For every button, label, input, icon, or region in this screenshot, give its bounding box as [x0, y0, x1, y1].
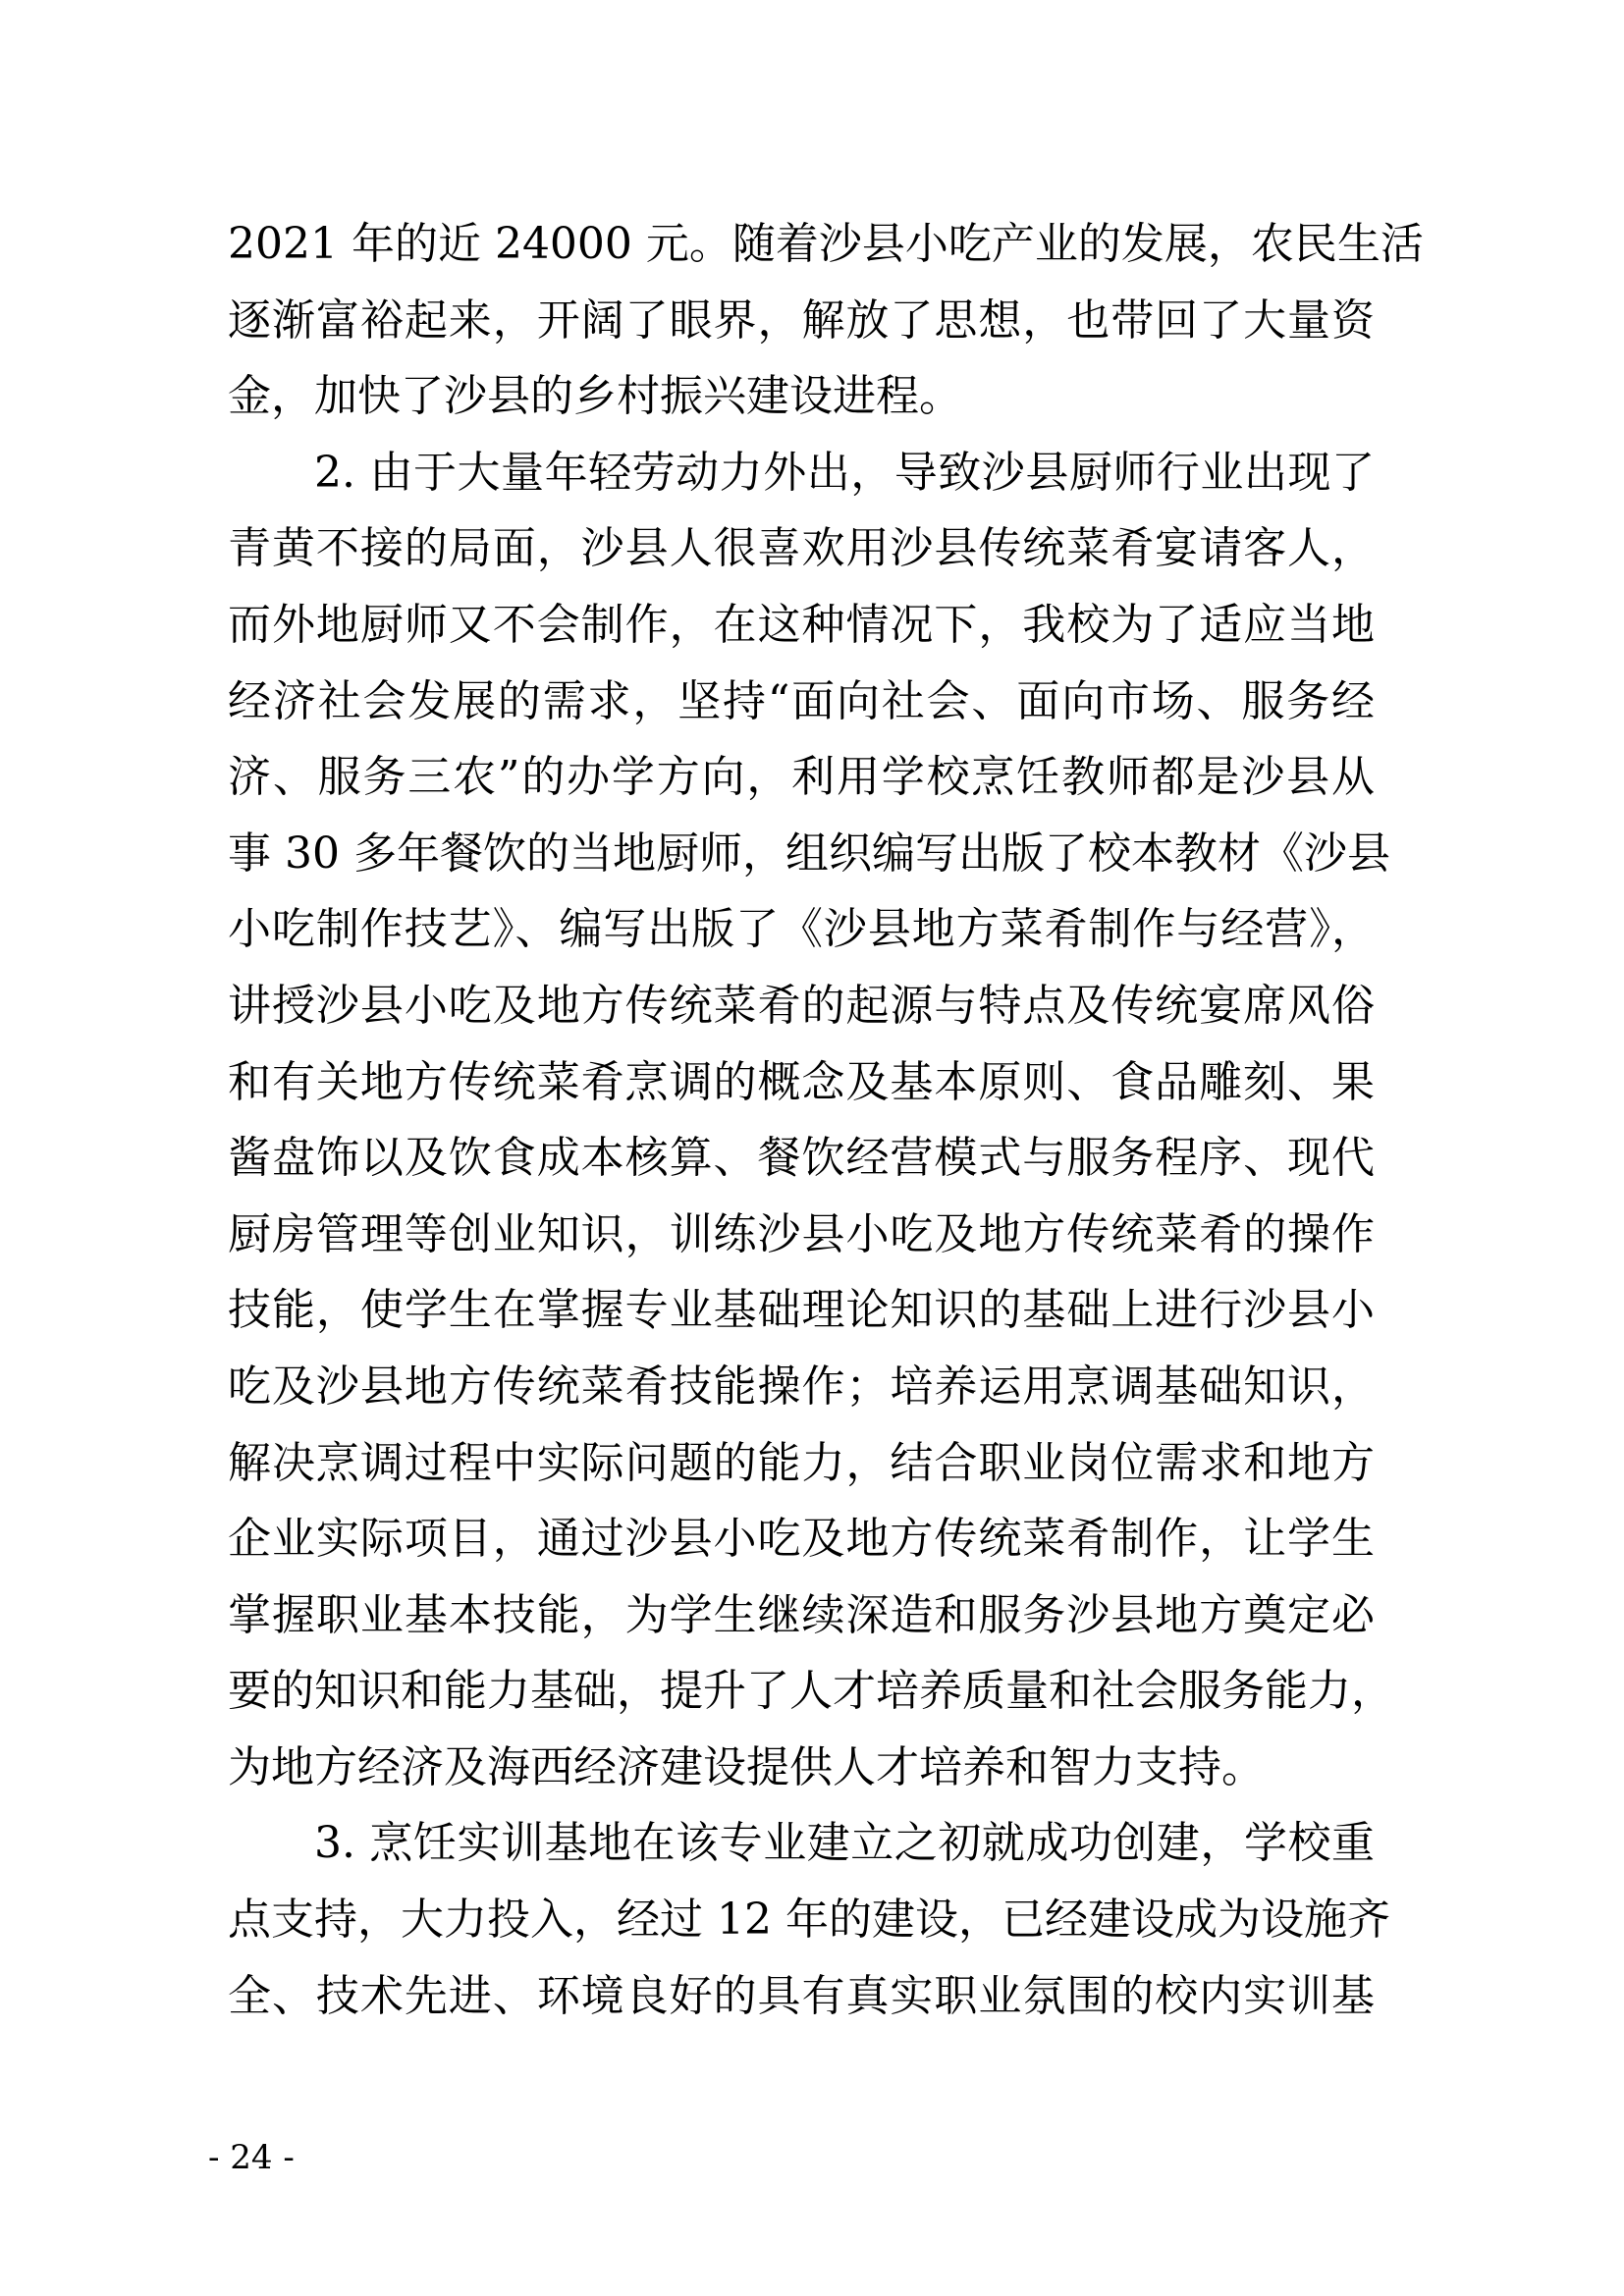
text-line: 点支持，大力投入，经过 12 年的建设，已经建设成为设施齐	[228, 1882, 1375, 1958]
text-line: 事 30 多年餐饮的当地厨师，组织编写出版了校本教材《沙县	[228, 816, 1375, 892]
page-number: - 24 -	[208, 2138, 295, 2177]
text-line: 小吃制作技艺》、编写出版了《沙县地方菜肴制作与经营》，	[228, 891, 1375, 968]
text-line: 经济社会发展的需求，坚持“面向社会、面向市场、服务经	[228, 664, 1375, 740]
text-line: 金，加快了沙县的乡村振兴建设进程。	[228, 358, 1375, 435]
text-line: 厨房管理等创业知识，训练沙县小吃及地方传统菜肴的操作	[228, 1197, 1375, 1273]
text-line: 逐渐富裕起来，开阔了眼界，解放了思想，也带回了大量资	[228, 283, 1375, 359]
text-line: 解决烹调过程中实际问题的能力，结合职业岗位需求和地方	[228, 1425, 1375, 1502]
text-line: 为地方经济及海西经济建设提供人才培养和智力支持。	[228, 1730, 1375, 1806]
paragraph-3: 3. 烹饪实训基地在该专业建立之初就成功创建，学校重 点支持，大力投入，经过 1…	[228, 1805, 1375, 2034]
text-line: 青黄不接的局面，沙县人很喜欢用沙县传统菜肴宴请客人，	[228, 510, 1375, 587]
text-line: 吃及沙县地方传统菜肴技能操作；培养运用烹调基础知识，	[228, 1349, 1375, 1425]
text-line: 企业实际项目，通过沙县小吃及地方传统菜肴制作，让学生	[228, 1501, 1375, 1577]
text-line: 讲授沙县小吃及地方传统菜肴的起源与特点及传统宴席风俗	[228, 968, 1375, 1044]
text-line: 技能，使学生在掌握专业基础理论知识的基础上进行沙县小	[228, 1272, 1375, 1349]
document-page: 2021 年的近 24000 元。随着沙县小吃产业的发展，农民生活 逐渐富裕起来…	[0, 0, 1624, 2296]
text-line: 掌握职业基本技能，为学生继续深造和服务沙县地方奠定必	[228, 1577, 1375, 1654]
text-line: 全、技术先进、环境良好的具有真实职业氛围的校内实训基	[228, 1958, 1375, 2035]
paragraph-1: 2021 年的近 24000 元。随着沙县小吃产业的发展，农民生活 逐渐富裕起来…	[228, 206, 1375, 435]
text-line: 2021 年的近 24000 元。随着沙县小吃产业的发展，农民生活	[228, 206, 1375, 283]
text-line: 济、服务三农”的办学方向，利用学校烹饪教师都是沙县从	[228, 739, 1375, 816]
text-line: 3. 烹饪实训基地在该专业建立之初就成功创建，学校重	[228, 1805, 1375, 1882]
paragraph-2: 2. 由于大量年轻劳动力外出，导致沙县厨师行业出现了 青黄不接的局面，沙县人很喜…	[228, 435, 1375, 1806]
body-text: 2021 年的近 24000 元。随着沙县小吃产业的发展，农民生活 逐渐富裕起来…	[228, 206, 1375, 2034]
text-line: 酱盘饰以及饮食成本核算、餐饮经营模式与服务程序、现代	[228, 1120, 1375, 1197]
text-line: 而外地厨师又不会制作，在这种情况下，我校为了适应当地	[228, 587, 1375, 664]
text-line: 要的知识和能力基础，提升了人才培养质量和社会服务能力，	[228, 1653, 1375, 1730]
text-line: 2. 由于大量年轻劳动力外出，导致沙县厨师行业出现了	[228, 435, 1375, 511]
text-line: 和有关地方传统菜肴烹调的概念及基本原则、食品雕刻、果	[228, 1044, 1375, 1121]
